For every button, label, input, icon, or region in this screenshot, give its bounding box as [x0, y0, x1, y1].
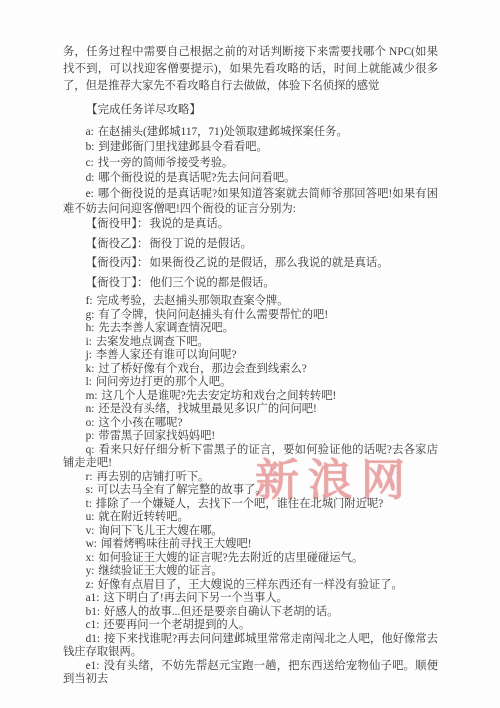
step-item: e:哪个衙役说的是真话呢?如果知道答案就去简师爷那回答吧!如果有困难不妨去问问迎… — [63, 187, 438, 218]
step-item: w:闻着烤鸭味往前寻找王大嫂吧! — [63, 538, 438, 552]
witness-statement: 【衙役丙】：如果衙役乙说的是假话，那么我说的就是真话。 — [63, 256, 438, 270]
step-item: i:去案发地点调查下吧。 — [63, 336, 438, 350]
step-item: b1:好感人的故事...但还是要亲自确认下老胡的话。 — [63, 606, 438, 620]
step-item: g:有了令牌，快问问赵捕头有什么需要帮忙的吧! — [63, 309, 438, 323]
step-key: d: — [86, 172, 95, 184]
step-item: q:看来只好仔细分析下雷黑子的证言，要如何验证他的话呢?去各家店铺走走吧! — [63, 444, 438, 471]
step-key: f: — [86, 295, 93, 307]
step-key: a1: — [86, 592, 100, 604]
step-key: s: — [86, 484, 94, 496]
witness-statement: 【衙役甲】：我说的是真话。 — [63, 217, 438, 231]
step-key: g: — [86, 309, 95, 321]
section-title: 【完成任务详尽攻略】 — [63, 102, 438, 118]
step-item: t:排除了一个嫌疑人，去找下一个吧，谁住在北城门附近呢? — [63, 498, 438, 512]
step-key: n: — [86, 403, 95, 415]
step-text: 先去李善人家调查情况吧。 — [98, 322, 234, 334]
step-text: 没有头绪，不妨先帮赵元宝跑一趟，把东西送给宠物仙子吧。顺便到当初去 — [63, 660, 438, 686]
step-key: z: — [86, 579, 94, 591]
step-text: 哪个衙役说的是真话呢?先去问问看吧。 — [98, 172, 295, 184]
step-key: i: — [86, 336, 92, 348]
witness-speaker: 【衙役丁】： — [86, 277, 149, 289]
step-key: o: — [86, 417, 95, 429]
witness-speaker: 【衙役丙】： — [86, 257, 149, 269]
step-text: 有了令牌，快问问赵捕头有什么需要帮忙的吧! — [98, 309, 328, 321]
step-item: p:带雷黑子回家找妈妈吧! — [63, 430, 438, 444]
step-key: e1: — [86, 660, 100, 672]
steps-a-e-list: a:在赵捕头(建邺城117，71)处领取建邺城探案任务。 b:到建邺衙门里找建邺… — [63, 125, 438, 217]
step-item: h:先去李善人家调查情况吧。 — [63, 322, 438, 336]
step-key: p: — [86, 430, 95, 442]
step-item: y:继续验证王大嫂的证言。 — [63, 565, 438, 579]
step-text: 过了桥好像有个戏台，那边会查到线索么? — [98, 363, 306, 375]
step-item: z:好像有点眉目了，王大嫂说的三样东西还有一样没有验证了。 — [63, 579, 438, 593]
step-item: a:在赵捕头(建邺城117，71)处领取建邺城探案任务。 — [63, 125, 438, 140]
step-item: m:这几个人是谁呢?先去安定坊和戏台之间转转吧! — [63, 390, 438, 404]
step-text: 好像有点眉目了，王大嫂说的三样东西还有一样没有验证了。 — [98, 579, 403, 591]
step-key: x: — [86, 552, 95, 564]
witness-statements-list: 【衙役甲】：我说的是真话。 【衙役乙】：衙役丁说的是假话。 【衙役丙】：如果衙役… — [63, 217, 438, 290]
step-key: w: — [86, 538, 97, 550]
step-item: j:李善人家还有谁可以询问呢? — [63, 349, 438, 363]
step-text: 带雷黑子回家找妈妈吧! — [98, 430, 215, 442]
witness-text: 他们三个说的都是假话。 — [149, 277, 274, 289]
step-item: v:询问下飞儿王大嫂在哪。 — [63, 525, 438, 539]
step-key: u: — [86, 511, 95, 523]
steps-f-e1-list: f:完成考验，去赵捕头那领取查案令牌。 g:有了令牌，快问问赵捕头有什么需要帮忙… — [63, 295, 438, 687]
step-text: 这下明白了!再去问下另一个当事人。 — [103, 592, 288, 604]
witness-text: 我说的是真话。 — [149, 218, 229, 230]
step-text: 李善人家还有谁可以询问呢? — [96, 349, 237, 361]
step-text: 去案发地点调查下吧。 — [96, 336, 209, 348]
step-text: 还是没有头绪，找城里最见多识广的问问吧! — [98, 403, 316, 415]
witness-speaker: 【衙役甲】： — [86, 218, 149, 230]
step-key: r: — [86, 471, 93, 483]
witness-statement: 【衙役乙】：衙役丁说的是假话。 — [63, 237, 438, 251]
step-text: 闻着烤鸭味往前寻找王大嫂吧! — [101, 538, 252, 550]
step-item: d:哪个衙役说的是真话呢?先去问问看吧。 — [63, 171, 438, 186]
step-text: 可以去马全有了解完整的故事了。 — [97, 484, 266, 496]
step-item: b:到建邺衙门里找建邺县令看看吧。 — [63, 140, 438, 155]
step-item: f:完成考验，去赵捕头那领取查案令牌。 — [63, 295, 438, 309]
witness-text: 如果衙役乙说的是假话，那么我说的就是真话。 — [149, 257, 388, 269]
step-item: e1:没有头绪，不妨先帮赵元宝跑一趟，把东西送给宠物仙子吧。顺便到当初去 — [63, 660, 438, 687]
step-text: 看来只好仔细分析下雷黑子的证言，要如何验证他的话呢?去各家店铺走走吧! — [63, 444, 438, 470]
step-text: 问问旁边打更的那个人吧。 — [96, 376, 232, 388]
step-key: b: — [86, 141, 95, 153]
step-text: 询问下飞儿王大嫂在哪。 — [98, 525, 222, 537]
step-text: 这几个人是谁呢?先去安定坊和戏台之间转转吧! — [102, 390, 337, 402]
step-item: n:还是没有头绪，找城里最见多识广的问问吧! — [63, 403, 438, 417]
step-key: y: — [86, 565, 95, 577]
step-item: s:可以去马全有了解完整的故事了。 — [63, 484, 438, 498]
step-item: x:如何验证王大嫂的证言呢?先去附近的店里碰碰运气。 — [63, 552, 438, 566]
step-text: 继续验证王大嫂的证言。 — [98, 565, 222, 577]
step-text: 这个小孩在哪呢? — [98, 417, 182, 429]
step-item: d1:接下来找谁呢?再去问问建邺城里常常走南闯北之人吧，他好像常去钱庄存取银两。 — [63, 633, 438, 660]
step-key: t: — [86, 498, 92, 510]
step-text: 完成考验，去赵捕头那领取查案令牌。 — [97, 295, 289, 307]
step-text: 接下来找谁呢?再去问问建邺城里常常走南闯北之人吧，他好像常去钱庄存取银两。 — [63, 633, 438, 659]
step-key: a: — [86, 126, 94, 138]
step-text: 找一旁的简师爷接受考验。 — [98, 157, 234, 169]
step-item: c1:还要再问一个老胡提到的人。 — [63, 619, 438, 633]
step-key: l: — [86, 376, 92, 388]
step-text: 好感人的故事...但还是要亲自确认下老胡的话。 — [104, 606, 338, 618]
intro-paragraph: 务，任务过程中需要自己根据之前的对话判断接下来需要找哪个 NPC(如果找不到，可… — [63, 44, 438, 95]
step-key: k: — [86, 363, 95, 375]
step-item: o:这个小孩在哪呢? — [63, 417, 438, 431]
witness-statement: 【衙役丁】：他们三个说的都是假话。 — [63, 276, 438, 290]
step-item: a1:这下明白了!再去问下另一个当事人。 — [63, 592, 438, 606]
step-text: 排除了一个嫌疑人，去找下一个吧，谁住在北城门附近呢? — [96, 498, 383, 510]
step-text: 到建邺衙门里找建邺县令看看吧。 — [98, 141, 267, 153]
document-page: 新浪网 务，任务过程中需要自己根据之前的对话判断接下来需要找哪个 NPC(如果找… — [0, 0, 500, 708]
step-text: 还要再问一个老胡提到的人。 — [103, 619, 250, 631]
step-text: 在赵捕头(建邺城117，71)处领取建邺城探案任务。 — [98, 126, 348, 138]
step-item: l:问问旁边打更的那个人吧。 — [63, 376, 438, 390]
witness-text: 衙役丁说的是假话。 — [149, 238, 252, 250]
step-key: c: — [86, 157, 94, 169]
step-key: d1: — [86, 633, 100, 645]
step-key: e: — [86, 188, 94, 200]
step-key: m: — [86, 390, 98, 402]
step-text: 如何验证王大嫂的证言呢?先去附近的店里碰碰运气。 — [98, 552, 363, 564]
step-item: c:找一旁的简师爷接受考验。 — [63, 156, 438, 171]
step-item: r:再去别的店铺打听下。 — [63, 471, 438, 485]
step-key: h: — [86, 322, 95, 334]
step-item: k:过了桥好像有个戏台，那边会查到线索么? — [63, 363, 438, 377]
step-text: 就在附近转转吧。 — [98, 511, 188, 523]
document-content: 务，任务过程中需要自己根据之前的对话判断接下来需要找哪个 NPC(如果找不到，可… — [0, 0, 500, 687]
step-key: j: — [86, 349, 92, 361]
step-key: q: — [86, 444, 95, 456]
step-key: b1: — [86, 606, 100, 618]
step-text: 再去别的店铺打听下。 — [97, 471, 210, 483]
witness-speaker: 【衙役乙】： — [86, 238, 149, 250]
step-text: 哪个衙役说的是真话呢?如果知道答案就去简师爷那回答吧!如果有困难不妨去问问迎客僧… — [63, 188, 438, 215]
step-key: c1: — [86, 619, 100, 631]
step-item: u:就在附近转转吧。 — [63, 511, 438, 525]
step-key: v: — [86, 525, 95, 537]
